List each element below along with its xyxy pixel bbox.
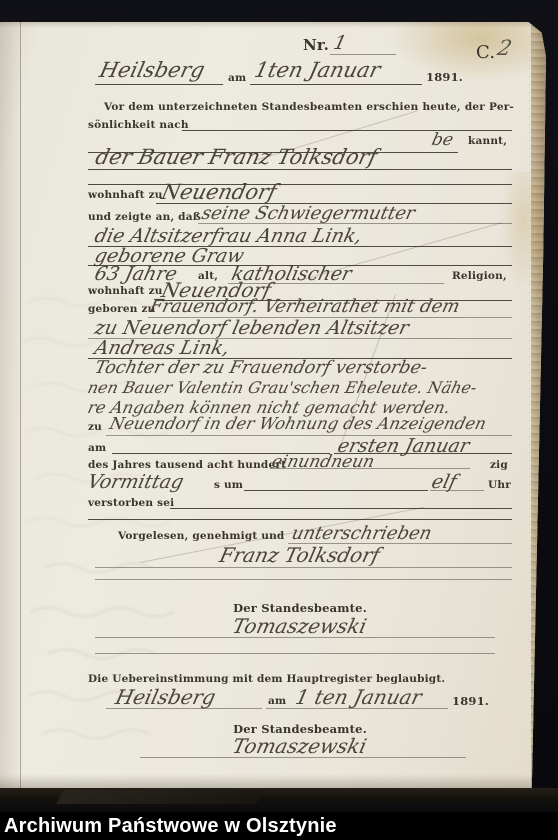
residence1-value: Neuendorf xyxy=(162,180,276,204)
header-year: 1891. xyxy=(426,70,463,84)
report-label: und zeigte an, daß xyxy=(88,211,201,223)
rule-line xyxy=(88,169,512,170)
death-time-label: s um xyxy=(214,479,243,491)
rule-line xyxy=(95,637,495,638)
spouse-line1: zu Neuendorf lebenden Altsitzer xyxy=(95,317,409,339)
registrar-signature: Tomaszewski xyxy=(88,614,512,638)
footer-place: Heilsberg xyxy=(116,685,215,709)
death-year-label: des Jahres tausend acht hundert xyxy=(88,459,286,471)
rule-line xyxy=(95,653,495,654)
parents-line2: nen Bauer Valentin Grau'schen Eheleute. … xyxy=(88,378,477,397)
header-date: 1ten Januar xyxy=(255,58,380,82)
deceased-line1: die Altsitzerfrau Anna Link, xyxy=(95,225,362,247)
record-number-value: 1 xyxy=(334,32,346,54)
death-year-suffix: zig xyxy=(490,459,508,471)
footer-year: 1891. xyxy=(452,694,489,708)
bekannt-handwritten-be: be xyxy=(432,130,453,150)
gutter-fold-line xyxy=(20,22,21,788)
footer-am-label: am xyxy=(268,695,286,707)
archive-caption-text: Archiwum Państwowe w Olsztynie xyxy=(0,815,337,838)
footer-date: 1 ten Januar xyxy=(296,685,421,709)
born-label: geboren zu xyxy=(88,303,155,315)
death-year-value: einundneun xyxy=(272,452,374,472)
death-time-suffix: Uhr xyxy=(488,479,511,491)
gutter-shade xyxy=(0,22,20,788)
rule-line xyxy=(95,579,512,580)
vorgelesen-label: Vorgelesen, genehmigt und xyxy=(118,530,284,542)
verstorben-label: verstorben sei xyxy=(88,497,174,509)
page-stack-edge xyxy=(531,22,546,788)
book-bottom-edge xyxy=(0,788,558,812)
register-page: Nr. 1 C. 2 Heilsberg am 1ten Januar 1891… xyxy=(0,22,546,788)
declarant-line: der Bauer Franz Tolksdorf xyxy=(96,145,377,169)
intro-line1: Vor dem unterzeichneten Standesbeamten e… xyxy=(104,101,514,113)
rule-line xyxy=(430,490,484,491)
rule-line xyxy=(140,757,466,758)
book-spine-shadow xyxy=(56,790,264,804)
header-place: Heilsberg xyxy=(100,58,204,82)
registrar2-signature: Tomaszewski xyxy=(88,734,512,758)
vorgelesen-value: unterschrieben xyxy=(292,523,431,544)
registrar-label: Der Standesbeamte. xyxy=(88,601,512,615)
record-number-label: Nr. xyxy=(303,36,329,54)
rule-line xyxy=(198,223,512,224)
religion-label: Religion, xyxy=(452,270,507,282)
spouse-line2: Andreas Link, xyxy=(95,337,229,359)
rule-line xyxy=(95,567,512,568)
rule-line xyxy=(250,84,422,85)
corner-mark-number: 2 xyxy=(498,36,511,60)
rule-line xyxy=(95,84,223,85)
intro-line2: sönlichkeit nach xyxy=(88,119,189,131)
death-day-label: am xyxy=(88,442,106,454)
rule-line xyxy=(270,468,470,469)
parents-line1: Tochter der zu Frauendorf verstorbe- xyxy=(95,358,427,378)
rule-line xyxy=(266,708,448,709)
death-place-value: Neuendorf in der Wohnung des Anzeigenden xyxy=(110,414,486,433)
rule-line xyxy=(182,130,512,131)
death-time-prefix: Vormittag xyxy=(88,471,183,493)
header-am-label: am xyxy=(228,72,246,84)
archive-caption-bar: Archiwum Państwowe w Olsztynie xyxy=(0,812,558,840)
separator-rule xyxy=(88,519,512,520)
rule-line xyxy=(106,708,262,709)
corner-mark-letter: C. xyxy=(476,42,495,63)
declarant-signature: Franz Tolksdorf xyxy=(88,543,512,567)
rule-line xyxy=(244,490,428,491)
certify-label: Die Uebereinstimmung mit dem Hauptregist… xyxy=(88,673,445,685)
rule-line xyxy=(170,508,512,509)
bekannt-label: kannt, xyxy=(468,135,507,147)
rule-line xyxy=(88,184,512,185)
report-value: seine Schwiegermutter xyxy=(202,203,415,224)
photograph-of-death-record: Nr. 1 C. 2 Heilsberg am 1ten Januar 1891… xyxy=(0,0,558,840)
rule-line xyxy=(330,54,396,55)
death-place-label: zu xyxy=(88,421,102,433)
residence1-label: wohnhaft zu xyxy=(88,189,163,201)
born-value: Frauendorf. Verheirathet mit dem xyxy=(150,296,460,317)
